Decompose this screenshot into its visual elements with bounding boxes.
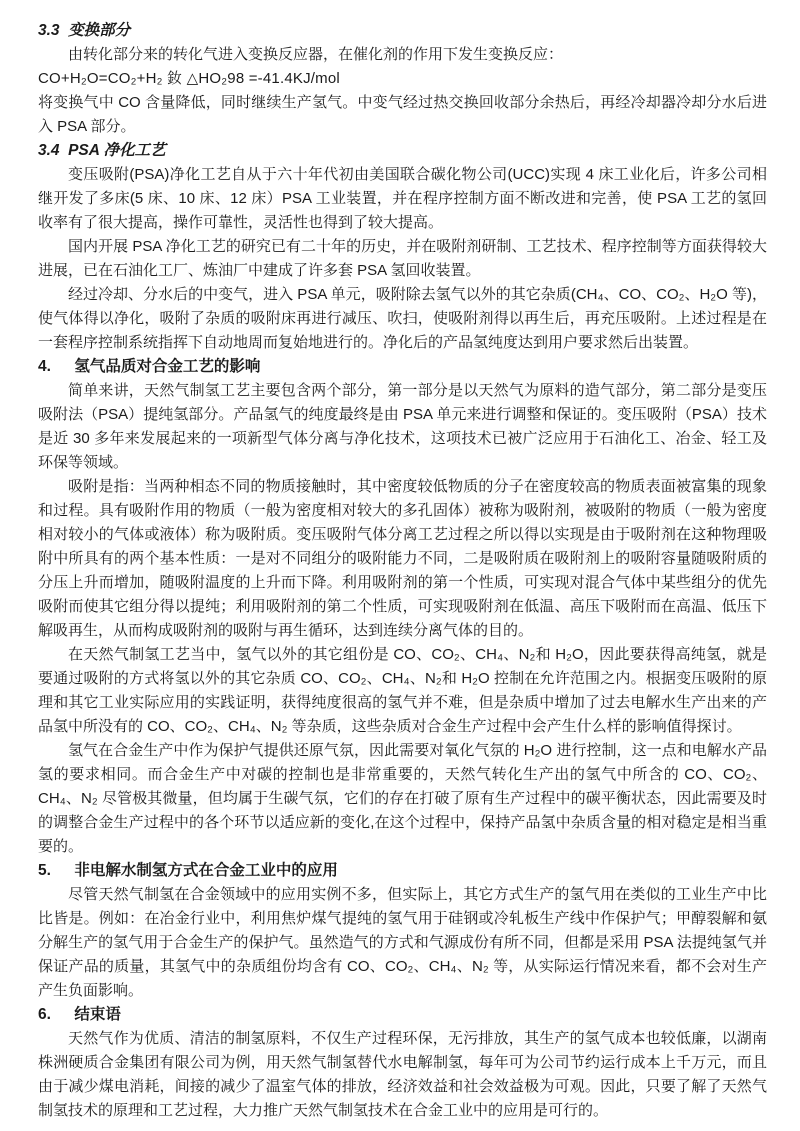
section-heading-5: 5.非电解水制氢方式在合金工业中的应用	[38, 859, 767, 883]
paragraph: 氢气在合金生产中作为保护气提供还原气氛，因此需要对氧化气氛的 H₂O 进行控制，…	[38, 739, 767, 859]
section-number: 3.3	[38, 22, 60, 39]
section-number: 5.	[38, 859, 74, 883]
paragraph: 简单来讲，天然气制氢工艺主要包含两个部分，第一部分是以天然气为原料的造气部分，第…	[38, 379, 767, 475]
paragraph: 国内开展 PSA 净化工艺的研究已有二十年的历史，并在吸附剂研制、工艺技术、程序…	[38, 235, 767, 283]
paragraph: 变压吸附(PSA)净化工艺自从于六十年代初由美国联合碳化物公司(UCC)实现 4…	[38, 163, 767, 235]
section-title: 氢气品质对合金工艺的影响	[74, 358, 260, 375]
reaction-formula: CO+H₂O=CO₂+H₂ 釹 △HO₂98 =-41.4KJ/mol	[38, 67, 767, 91]
section-heading-4: 4.氢气品质对合金工艺的影响	[38, 355, 767, 379]
paragraph: 尽管天然气制氢在合金领域中的应用实例不多，但实际上，其它方式生产的氢气用在类似的…	[38, 883, 767, 1003]
section-heading-3-3: 3.3变换部分	[38, 19, 767, 43]
section-number: 3.4	[38, 142, 60, 159]
paragraph: 在天然气制氢工艺当中，氢气以外的其它组份是 CO、CO₂、CH₄、N₂和 H₂O…	[38, 643, 767, 739]
section-title: 非电解水制氢方式在合金工业中的应用	[74, 862, 338, 879]
section-heading-3-4: 3.4PSA 净化工艺	[38, 139, 767, 163]
paragraph: 吸附是指：当两种相态不同的物质接触时，其中密度较低物质的分子在密度较高的物质表面…	[38, 475, 767, 643]
section-number: 4.	[38, 355, 74, 379]
paragraph: 将变换气中 CO 含量降低，同时继续生产氢气。中变气经过热交换回收部分余热后，再…	[38, 91, 767, 139]
document-page: 3.3变换部分 由转化部分来的转化气进入变换反应器，在催化剂的作用下发生变换反应…	[0, 0, 800, 1131]
paragraph: 天然气作为优质、清洁的制氢原料，不仅生产过程环保，无污排放，其生产的氢气成本也较…	[38, 1027, 767, 1123]
section-title: 结束语	[74, 1006, 121, 1023]
paragraph: 经过冷却、分水后的中变气，进入 PSA 单元，吸附除去氢气以外的其它杂质(CH₄…	[38, 283, 767, 355]
section-title: PSA 净化工艺	[68, 142, 166, 159]
section-number: 6.	[38, 1003, 74, 1027]
section-title: 变换部分	[68, 22, 130, 39]
section-heading-6: 6.结束语	[38, 1003, 767, 1027]
paragraph: 由转化部分来的转化气进入变换反应器，在催化剂的作用下发生变换反应：	[38, 43, 767, 67]
